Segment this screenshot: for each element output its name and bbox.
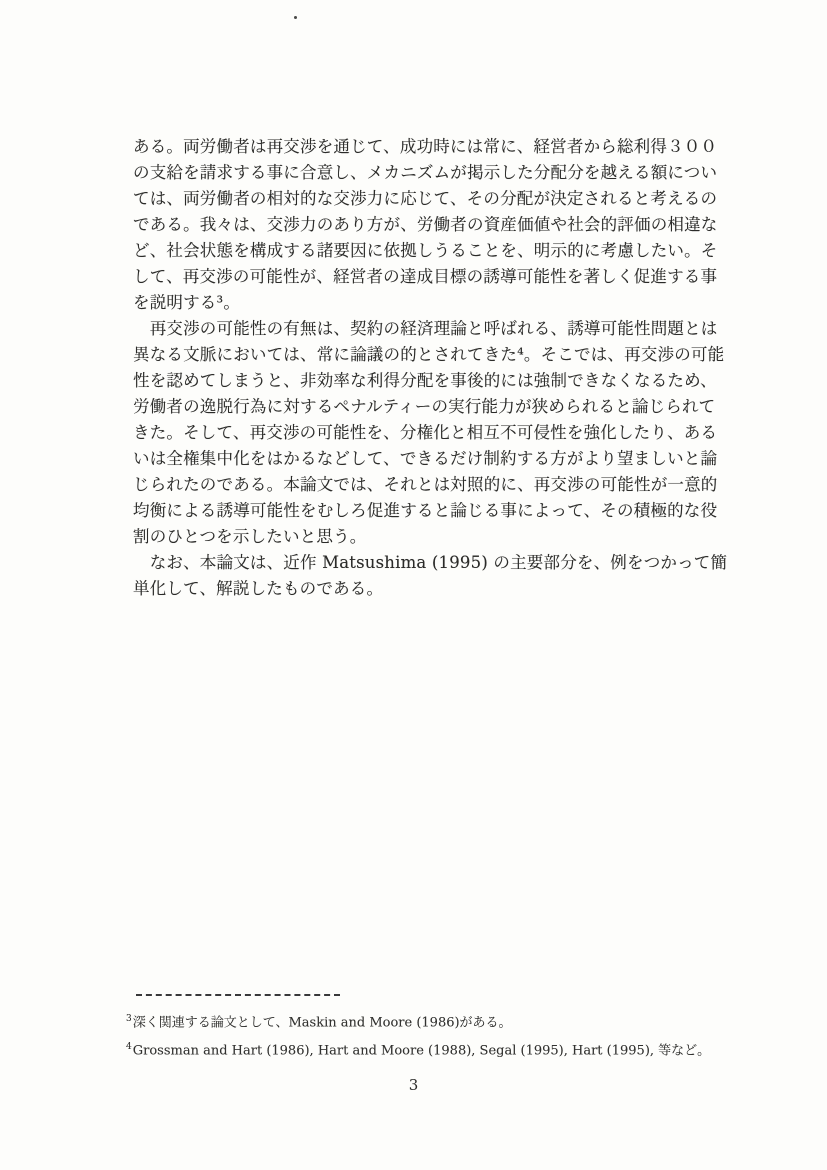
text-line: ては、両労働者の相対的な交渉力に応じて、その分配が決定されると考えるの: [133, 186, 733, 212]
footnote-3-text: 深く関連する論文として、Maskin and Moore (1986)がある。: [133, 1015, 512, 1030]
footnote-4: 4Grossman and Hart (1986), Hart and Moor…: [126, 1035, 766, 1063]
page-number: 3: [0, 1076, 827, 1094]
text-line: を説明する³。: [133, 290, 733, 316]
footnotes-section: 3深く関連する論文として、Maskin and Moore (1986)がある。…: [126, 1007, 766, 1063]
text-line: なお、本論文は、近作 Matsushima (1995) の主要部分を、例をつか…: [133, 550, 733, 576]
text-line: ある。両労働者は再交渉を通じて、成功時には常に、経営者から総利得３００: [133, 134, 733, 160]
text-line: 単化して、解説したものである。: [133, 576, 733, 602]
text-line: きた。そして、再交渉の可能性を、分権化と相互不可侵性を強化したり、ある: [133, 420, 733, 446]
footnote-4-text: Grossman and Hart (1986), Hart and Moore…: [133, 1043, 710, 1058]
paragraph-3: なお、本論文は、近作 Matsushima (1995) の主要部分を、例をつか…: [133, 550, 733, 602]
text-line: である。我々は、交渉力のあり方が、労働者の資産価値や社会的評価の相違な: [133, 212, 733, 238]
text-line: 均衡による誘導可能性をむしろ促進すると論じる事によって、その積極的な役: [133, 498, 733, 524]
footnote-3: 3深く関連する論文として、Maskin and Moore (1986)がある。: [126, 1007, 766, 1035]
text-line: ど、社会状態を構成する諸要因に依拠しうることを、明示的に考慮したい。そ: [133, 238, 733, 264]
scan-artifact-dot: [294, 16, 297, 19]
text-line: 割のひとつを示したいと思う。: [133, 524, 733, 550]
text-line: 性を認めてしまうと、非効率な利得分配を事後的には強制できなくなるため、: [133, 368, 733, 394]
footnote-4-marker: 4: [126, 1042, 132, 1052]
body-text: ある。両労働者は再交渉を通じて、成功時には常に、経営者から総利得３００ の支給を…: [133, 134, 733, 602]
text-line: 異なる文脈においては、常に論議の的とされてきた⁴。そこでは、再交渉の可能: [133, 342, 733, 368]
paragraph-2: 再交渉の可能性の有無は、契約の経済理論と呼ばれる、誘導可能性問題とは 異なる文脈…: [133, 316, 733, 550]
text-line: して、再交渉の可能性が、経営者の達成目標の誘導可能性を著しく促進する事: [133, 264, 733, 290]
text-line: いは全権集中化をはかるなどして、できるだけ制約する方がより望ましいと論: [133, 446, 733, 472]
text-line: の支給を請求する事に合意し、メカニズムが掲示した分配分を越える額につい: [133, 160, 733, 186]
text-line: じられたのである。本論文では、それとは対照的に、再交渉の可能性が一意的: [133, 472, 733, 498]
paragraph-1: ある。両労働者は再交渉を通じて、成功時には常に、経営者から総利得３００ の支給を…: [133, 134, 733, 316]
scanned-paper-page: ある。両労働者は再交渉を通じて、成功時には常に、経営者から総利得３００ の支給を…: [0, 0, 827, 1170]
footnote-3-marker: 3: [126, 1014, 132, 1024]
text-line: 再交渉の可能性の有無は、契約の経済理論と呼ばれる、誘導可能性問題とは: [133, 316, 733, 342]
text-line: 労働者の逸脱行為に対するペナルティーの実行能力が狭められると論じられて: [133, 394, 733, 420]
footnote-separator: [136, 994, 340, 996]
